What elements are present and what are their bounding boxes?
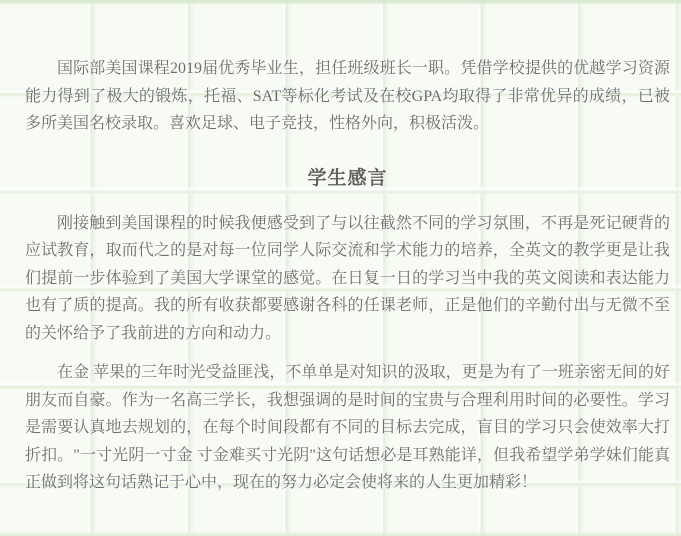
section-title: 学生感言 [25,166,670,192]
testimonial-paragraph-1: 刚接触到美国课程的时候我便感受到了与以往截然不同的学习氛围，不再是死记硬背的应试… [25,210,670,348]
document-page: 国际部美国课程2019届优秀毕业生，担任班级班长一职。凭借学校提供的优越学习资源… [0,0,681,536]
intro-paragraph: 国际部美国课程2019届优秀毕业生，担任班级班长一职。凭借学校提供的优越学习资源… [25,55,670,138]
testimonial-paragraph-2: 在金 苹果的三年时光受益匪浅，不单单是对知识的汲取，更是为有了一班亲密无间的好朋… [25,359,670,497]
